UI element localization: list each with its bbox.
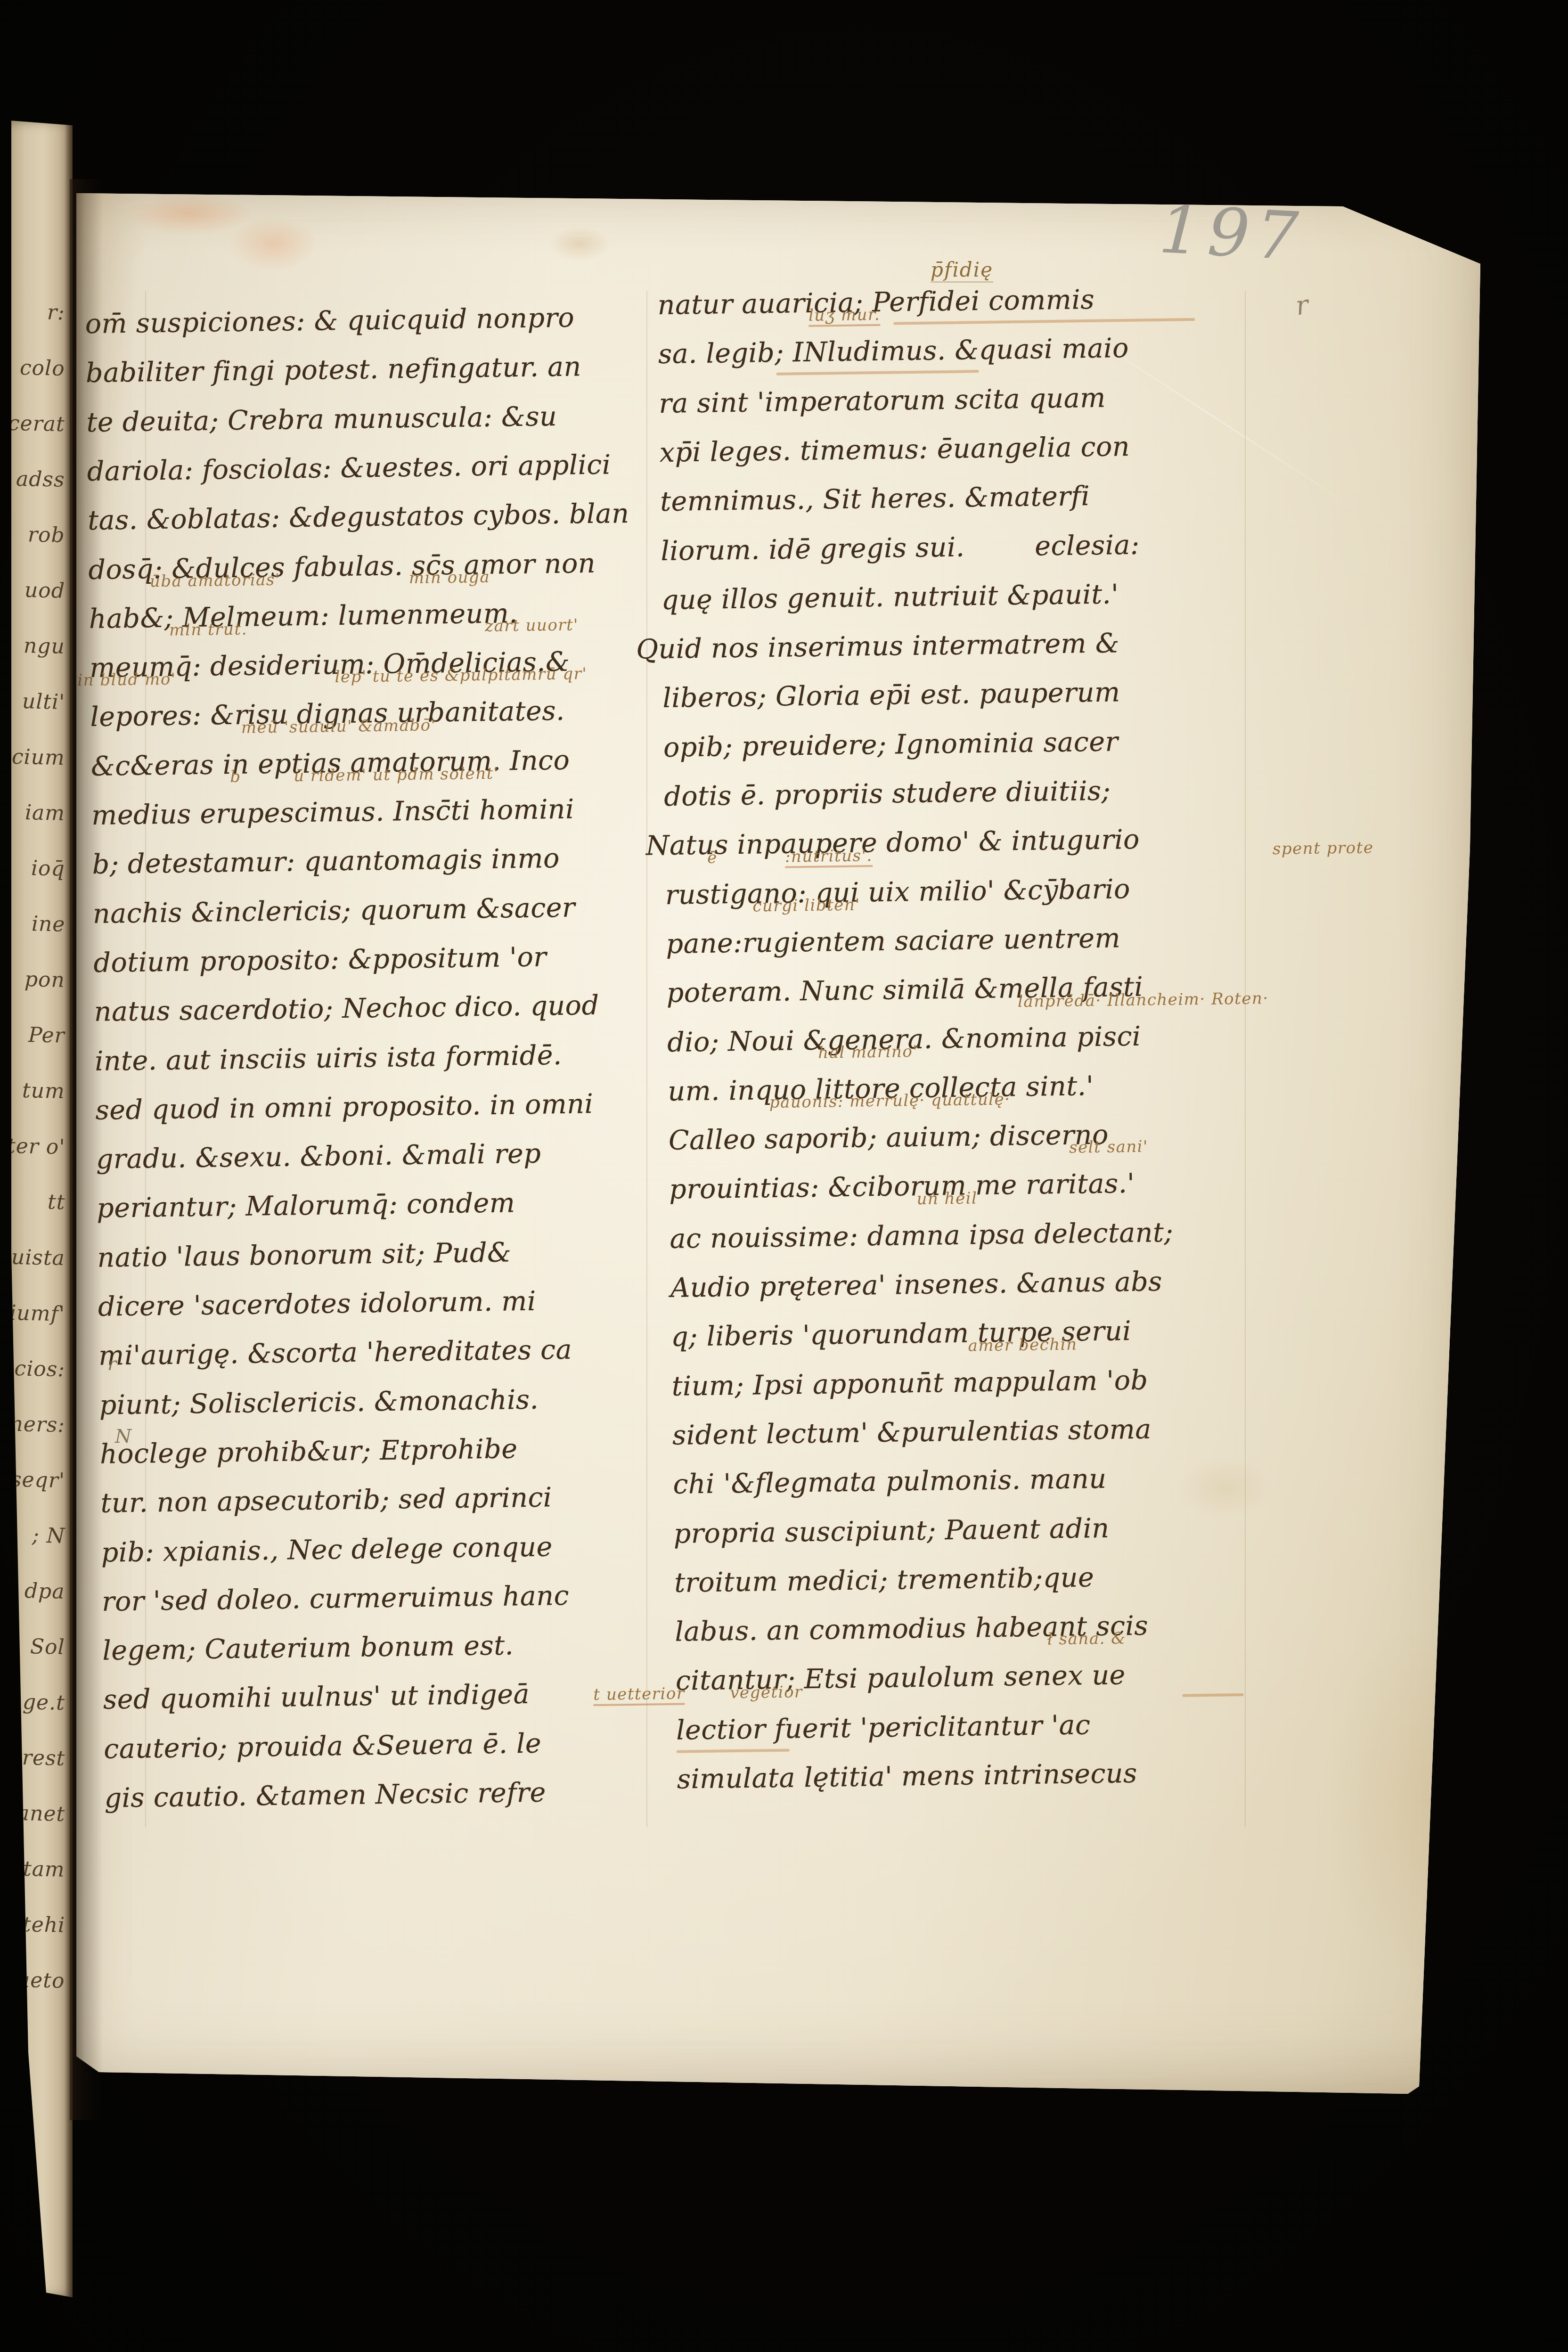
text-line: hoclege prohib&ur; Etprohibe [99,1424,518,1479]
text-line: periantur; Malorumq̄: condem [97,1179,515,1233]
interlinear-gloss: zart uuort' [485,615,579,636]
text-line: b; detestamur: quantomagis inmo [92,834,560,889]
text-line: sed quomihi uulnus' ut indigeā [103,1670,530,1724]
edge-fragment: ueto [16,1968,65,1993]
text-line: Calleo saporib; auium; discernopauonis: … [668,1111,1109,1165]
text-line: hab&; Melmeum: lumenmeum.ūba amatorias'm… [89,589,518,644]
text-line: tur. non apsecutorib; sed aprinci [100,1473,552,1528]
interlinear-gloss: un heil [916,1189,977,1209]
edge-fragment: r: [47,301,65,325]
text-line: xp̄i leges. timemus: ēuangelia con [659,422,1130,477]
interlinear-gloss: hal marino' [818,1042,918,1062]
edge-fragment: cerat [8,411,65,437]
edge-fragment: cium [12,745,65,770]
gutter-margin-mark: N [115,1426,131,1447]
ruling-line [646,291,647,1827]
text-line: gradu. &sexu. &boni. &mali rep [96,1129,541,1184]
interlinear-gloss: ūba amatorias' [150,570,280,591]
interlinear-gloss: min trut. [169,620,247,640]
edge-fragment: ter o' [7,1134,65,1160]
edge-fragment: uista [11,1245,65,1270]
interlinear-gloss: ū ridem' ut pdm solent' [294,764,499,786]
edge-fragment: tehi [22,1912,65,1937]
edge-fragment: colo [20,356,65,381]
text-line: medius erupescimus. Insc̄ti hominibū rid… [91,784,575,840]
text-line: prouintias: &ciborum me raritas.'selt sa… [669,1159,1135,1214]
text-line: sed quod in omni proposito. in omni [95,1079,594,1135]
text-line: tas. &oblatas: &degustatos cybos. blan [87,489,629,545]
text-line: rustigano: qui uix milio' &cȳbarioē:nut… [665,865,1130,920]
ruling-line [1245,291,1246,1827]
text-line: pib: xpianis., Nec delege conque [101,1522,553,1577]
gutter-margin-mark: r [107,1353,116,1375]
edge-fragment: tt [47,1190,65,1215]
edge-fragment: rob [28,523,65,547]
interlinear-gloss: spent prote [1273,839,1374,859]
text-line: sident lectum' &purulentias stoma [672,1405,1151,1460]
edge-fragment: uod [24,578,65,603]
text-line: troitum medici; trementib;que [674,1553,1094,1608]
text-column-left: om̄ suspiciones: & quicquid nonprobabili… [85,292,657,300]
edge-fragment: niumf' [0,1300,65,1326]
text-line: babiliter fingi potest. nefingatur. an [85,343,581,398]
text-line: piunt; Solisclericis. &monachis. [99,1375,539,1429]
interlinear-gloss: ł sana. & [1047,1629,1127,1649]
edge-fragment: ine [31,912,65,936]
edge-fragment: pon [24,967,65,992]
text-line: ac nouissime: damna ipsa delectant;un he… [670,1208,1174,1264]
text-line: propria suscipiunt; Pauent adin [673,1503,1110,1558]
interlinear-gloss: b [230,768,241,786]
edge-fragment: ; N [32,1523,65,1548]
edge-fragment: Sol [30,1634,65,1659]
text-line: om̄ suspiciones: & quicquid nonpro [85,293,575,349]
red-underline [677,1748,790,1753]
text-line: legem; Cauterium bonum est. [102,1621,514,1675]
interlinear-gloss: amer bechin [968,1335,1077,1355]
folio-flourish-mark: r [1294,289,1311,321]
text-line: inte. aut insciis uiris ista formidē. [94,1030,562,1086]
edge-fragment: tam [23,1857,65,1882]
edge-fragment: adss [16,467,65,492]
text-line: quę illos genuit. nutriuit &pauit.' [661,570,1119,625]
text-line: dotis ē. propriis studere diuitiis; [664,767,1111,821]
interlinear-gloss: meū 'suauiu' &amabō' [241,716,436,737]
text-line: Natus inpaupere domo' & intuguriospent p… [645,815,1140,871]
interlinear-gloss: lanprēdā· Illancheim· Roten· [1018,989,1269,1011]
text-line: pane:rugientem saciare uentremcurgi libt… [666,914,1121,969]
text-line: Audio pręterea' insenes. &anus abs [670,1257,1162,1313]
interlinear-gloss: vegetior [730,1682,803,1702]
text-line: liorum. idē gregis sui. eclesia: [661,520,1140,575]
interlinear-gloss: min ouga [409,568,490,588]
text-line: dicere 'sacerdotes idolorum. mi [98,1277,536,1331]
edge-fragment: rest [22,1746,65,1771]
edge-fragment: ngu [24,634,65,659]
text-line: mi'aurigę. &scorta 'hereditates ca [98,1325,572,1380]
text-line: natio 'laus bonorum sit; Pud& [97,1228,512,1282]
text-line: chi '&flegmata pulmonis. manu [673,1454,1107,1509]
facing-page-edge: r:coloceratadssrobuodnguulti'ciumiamioq̄… [7,121,73,2297]
text-line: simulata lętitia' mens intrinsecus [677,1749,1138,1804]
text-line: dotium proposito: &ppositum 'or [93,932,547,988]
edge-fragment: ge.t [23,1690,65,1715]
edge-fragment: anet [16,1801,65,1826]
text-line: natus sacerdotio; Nechoc dico. quod [94,981,599,1037]
interlinear-gloss: luʒ mur. [808,305,881,327]
text-line: dariola: fosciolas: &uestes. ori applici [87,440,611,496]
edge-fragment: ioq̄ [31,856,65,881]
text-line: Quid nos inserimus intermatrem & [636,619,1120,674]
edge-fragment: dpa [24,1579,65,1604]
text-line: opib; preuidere; Ignominia sacer [663,717,1119,772]
text-line: sa. legib; INludimus. &quasi maioluʒ mur… [658,324,1129,379]
interlinear-gloss: lep' tu te es &pulpitamrū qr' [335,665,587,687]
edge-fragment: scios: [3,1356,65,1382]
folio-number: 197 [1157,191,1307,276]
text-line: tium; Ipsi apponun̄t mappulam 'obamer be… [671,1356,1148,1411]
text-line: gis cautio. &tamen Necsic refre [104,1768,547,1822]
edge-fragment: Per [28,1023,65,1048]
text-line: cauterio; prouida &Seuera ē. le [104,1719,542,1773]
manuscript-page: 197 r p̄fidię om̄ suspiciones: & quicqui… [71,188,1494,2101]
interlinear-gloss: selt sani' [1069,1137,1148,1157]
interlinear-gloss: t uetterior [593,1684,685,1706]
text-line: liberos; Gloria ep̄i est. pauperum [662,668,1120,723]
interlinear-gloss: pauonis: merrulę· quattulę· [769,1090,1011,1112]
text-line: poteram. Nunc similā &mella fastilanpre… [666,963,1143,1018]
edge-fragment: iam [24,800,65,825]
interlinear-gloss: curgi libten' [752,895,860,915]
edge-fragment: tum [22,1078,65,1103]
text-line: ra sint 'imperatorum scita quam [659,373,1106,428]
text-line: ror 'sed doleo. curmeruimus hanc [101,1571,569,1626]
text-line: temnimus., Sit heres. &materfi [660,472,1090,526]
edge-fragment: ulti' [22,689,65,714]
red-underline [1182,1693,1243,1697]
interlinear-gloss: min blud mo' [61,670,176,690]
red-underline [776,370,979,376]
edge-fragment: seqr' [11,1468,65,1493]
text-line: te deuita; Crebra munuscula: &su [86,392,557,447]
text-line: nachis &inclericis; quorum &sacer [92,883,575,938]
red-underline [893,318,1195,325]
edge-fragment: mers: [3,1412,65,1437]
interlinear-gloss: ē [707,848,718,867]
text-line: lectior fuerit 'periclitantur 'act uette… [676,1700,1091,1755]
interlinear-gloss: :nutritus'. [785,846,873,868]
